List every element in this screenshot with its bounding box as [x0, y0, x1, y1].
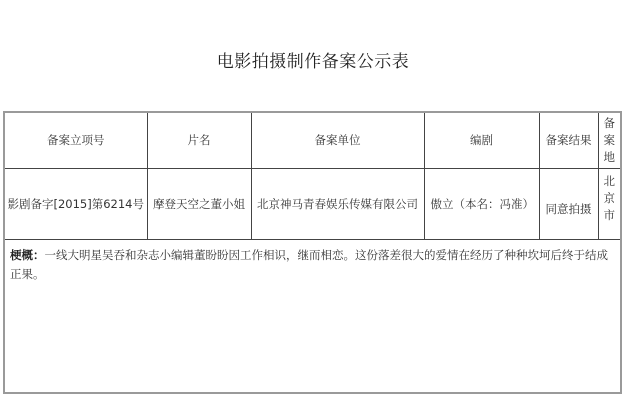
cell-record-place-char: 市	[599, 207, 621, 224]
summary-label: 梗概：	[10, 248, 45, 262]
header-record-place: 备 案 地	[598, 112, 621, 168]
cell-record-result: 同意拍摄	[539, 168, 598, 239]
page-title: 电影拍摄制作备案公示表	[0, 47, 626, 72]
header-record-place-char: 案	[599, 132, 621, 149]
cell-record-id: 影剧备字[2015]第6214号	[4, 168, 147, 239]
header-record-place-char: 地	[599, 149, 621, 166]
header-record-place-char: 备	[599, 115, 621, 132]
header-record-result: 备案结果	[539, 112, 598, 168]
cell-record-place: 北 京 市	[598, 168, 621, 239]
header-record-id: 备案立项号	[4, 112, 147, 168]
cell-film-name: 摩登天空之董小姐	[147, 168, 251, 239]
cell-record-unit: 北京神马青春娱乐传媒有限公司	[251, 168, 424, 239]
summary-cell: 梗概：一线大明星吴吞和杂志小编辑董盼盼因工作相识，继而相恋。这份落差很大的爱情在…	[4, 239, 621, 393]
header-film-name: 片名	[147, 112, 251, 168]
film-record-table: 备案立项号 片名 备案单位 编剧 备案结果 备 案 地 影剧备字[2015]第6…	[3, 111, 622, 394]
summary-text: 一线大明星吴吞和杂志小编辑董盼盼因工作相识，继而相恋。这份落差很大的爱情在经历了…	[10, 248, 608, 281]
summary-row: 梗概：一线大明星吴吞和杂志小编辑董盼盼因工作相识，继而相恋。这份落差很大的爱情在…	[4, 239, 621, 393]
header-record-unit: 备案单位	[251, 112, 424, 168]
cell-screenwriter: 傲立（本名：冯准）	[424, 168, 539, 239]
cell-record-place-char: 北	[599, 173, 621, 190]
table-header-row: 备案立项号 片名 备案单位 编剧 备案结果 备 案 地	[4, 112, 621, 168]
header-screenwriter: 编剧	[424, 112, 539, 168]
table-row: 影剧备字[2015]第6214号 摩登天空之董小姐 北京神马青春娱乐传媒有限公司…	[4, 168, 621, 239]
cell-record-place-char: 京	[599, 190, 621, 207]
